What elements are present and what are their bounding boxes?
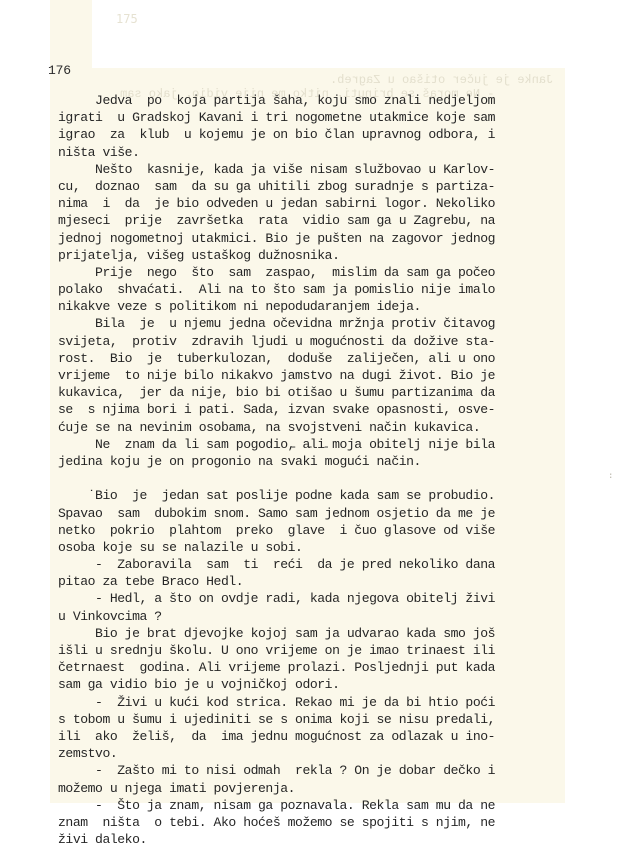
text-line: Spavao sam dubokim snom. Samo sam jednom… bbox=[58, 505, 552, 522]
text-line: netko pokrio plahtom preko glave i čuo g… bbox=[58, 522, 552, 539]
text-line: ili ako želiš, da ima jednu mogućnost za… bbox=[58, 728, 552, 745]
text-line: zemstvo. bbox=[58, 745, 552, 762]
text-line: igrao za klub u kojemu je on bio član up… bbox=[58, 126, 552, 143]
text-line: živi daleko. bbox=[58, 831, 552, 848]
text-line: išli u srednju školu. U ono vrijeme on j… bbox=[58, 642, 552, 659]
text-line: Jedva po koja partija šaha, koju smo zna… bbox=[58, 92, 552, 109]
text-line: - Zašto mi to nisi odmah rekla ? On je d… bbox=[58, 762, 552, 779]
text-line: ˙Bio je jedan sat poslije podne kada sam… bbox=[58, 487, 552, 504]
text-line: polako shvaćati. Ali na to što sam ja po… bbox=[58, 281, 552, 298]
text-line: jedina koju je on progonio na svaki mogu… bbox=[58, 453, 552, 470]
text-line: osoba koje su se nalazile u sobi. bbox=[58, 539, 552, 556]
text-line: Prije nego što sam zaspao, mislim da sam… bbox=[58, 264, 552, 281]
text-line: Bio je brat djevojke kojoj sam ja udvara… bbox=[58, 625, 552, 642]
text-line: ćuje se na nevinim osobama, na svojstven… bbox=[58, 419, 552, 436]
page-text-body: Jedva po koja partija šaha, koju smo zna… bbox=[58, 92, 552, 848]
text-line: rost. Bio je tuberkulozan, doduše zalije… bbox=[58, 350, 552, 367]
text-line: nima i da je bio odveden u jedan sabirni… bbox=[58, 195, 552, 212]
bleed-through-line: Janke je jučer otišao u Zagreb. bbox=[330, 73, 553, 87]
text-line: - Živi u kući kod strica. Rekao mi je da… bbox=[58, 694, 552, 711]
text-line: četrnaest godina. Ali vrijeme prolazi. P… bbox=[58, 659, 552, 676]
text-line: s tobom u šumu i ujediniti se s onima ko… bbox=[58, 711, 552, 728]
text-line: možemo u njega imati povjerenja. bbox=[58, 780, 552, 797]
text-line: - Što ja znam, nisam ga poznavala. Rekla… bbox=[58, 797, 552, 814]
text-line: se s njima bori i pati. Sada, izvan svak… bbox=[58, 401, 552, 418]
text-line: Bila je u njemu jedna očevidna mržnja pr… bbox=[58, 315, 552, 332]
page-number: 176 bbox=[48, 63, 71, 78]
text-line: igrati u Gradskoj Kavani i tri nogometne… bbox=[58, 109, 552, 126]
text-line: svijeta, protiv zdravih ljudi u mogućnos… bbox=[58, 333, 552, 350]
text-line: - Zaboravila sam ti reći da je pred neko… bbox=[58, 556, 552, 573]
text-line: nikakve veze s politikom ni nepodudaranj… bbox=[58, 298, 552, 315]
text-line: mjeseci prije završetka rata vidio sam g… bbox=[58, 212, 552, 229]
text-line: jednoj nogometnoj utakmici. Bio je pušte… bbox=[58, 230, 552, 247]
text-line: - Hedl, a što on ovdje radi, kada njegov… bbox=[58, 590, 552, 607]
text-line: znam ništa o tebi. Ako hoćeš možemo se s… bbox=[58, 814, 552, 831]
text-line: ništa više. bbox=[58, 144, 552, 161]
margin-mark: : bbox=[608, 472, 613, 480]
text-line: vrijeme to nije bilo nikakvo jamstvo na … bbox=[58, 367, 552, 384]
text-line bbox=[58, 470, 552, 487]
adjacent-page-strip: 175 bbox=[50, 0, 92, 70]
text-line: sam ga vidio bio je u vojničkoj odori. bbox=[58, 676, 552, 693]
text-line: prijatelja, višeg ustaškog dužnosnika. bbox=[58, 247, 552, 264]
text-line: Nešto kasnije, kada ja više nisam službo… bbox=[58, 161, 552, 178]
text-line: cu, doznao sam da su ga uhitili zbog sur… bbox=[58, 178, 552, 195]
text-line: kukavica, jer da nije, bio bi otišao u š… bbox=[58, 384, 552, 401]
ghost-page-number: 175 bbox=[116, 12, 138, 26]
section-separator: - - - bbox=[290, 440, 331, 454]
text-line: pitao za tebe Braco Hedl. bbox=[58, 573, 552, 590]
text-line: u Vinkovcima ? bbox=[58, 608, 552, 625]
